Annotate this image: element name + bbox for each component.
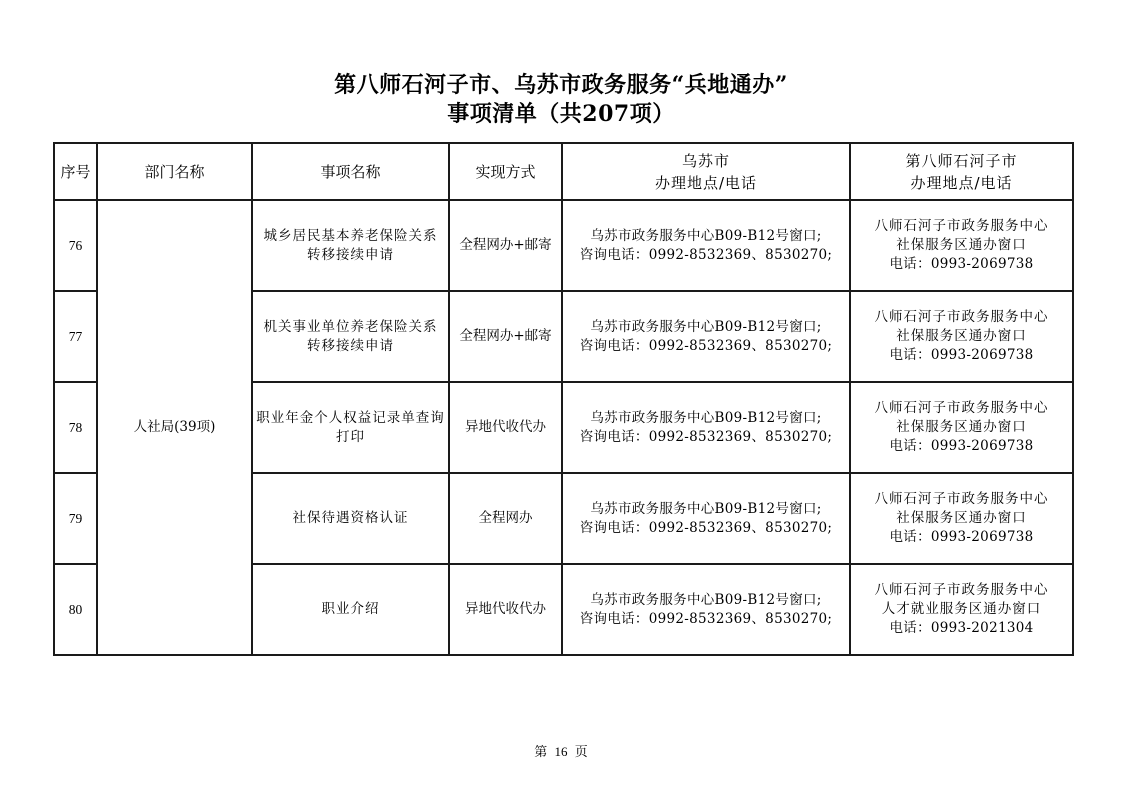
item-line: 社保待遇资格认证 [253,509,448,528]
header-method: 实现方式 [449,143,562,200]
shihezi-phone: 电话：0993-2069738 [851,346,1072,365]
page-number: 第 16 页 [0,741,1122,760]
row-item: 城乡居民基本养老保险关系 转移接续申请 [252,200,449,291]
row-item: 机关事业单位养老保险关系 转移接续申请 [252,291,449,382]
row-shihezi-location: 八师石河子市政务服务中心 社保服务区通办窗口 电话：0993-2069738 [850,291,1073,382]
row-seq: 76 [54,200,97,291]
row-shihezi-location: 八师石河子市政务服务中心 社保服务区通办窗口 电话：0993-2069738 [850,382,1073,473]
row-method: 全程网办+邮寄 [449,291,562,382]
shihezi-phone: 电话：0993-2069738 [851,437,1072,456]
department-cell: 人社局(39项) [97,200,252,655]
document-subtitle: 事项清单（共207项） [0,100,1122,128]
shihezi-center: 八师石河子市政务服务中心 [851,490,1072,509]
header-item: 事项名称 [252,143,449,200]
shihezi-phone: 电话：0993-2021304 [851,619,1072,638]
row-wusu-location: 乌苏市政务服务中心B09-B12号窗口; 咨询电话：0992-8532369、8… [562,291,850,382]
row-shihezi-location: 八师石河子市政务服务中心 社保服务区通办窗口 电话：0993-2069738 [850,473,1073,564]
row-method: 全程网办+邮寄 [449,200,562,291]
table-row: 76 人社局(39项) 城乡居民基本养老保险关系 转移接续申请 全程网办+邮寄 … [54,200,1073,291]
row-seq: 78 [54,382,97,473]
row-seq: 77 [54,291,97,382]
shihezi-window: 社保服务区通办窗口 [851,418,1072,437]
row-seq: 79 [54,473,97,564]
shihezi-center: 八师石河子市政务服务中心 [851,581,1072,600]
item-line: 转移接续申请 [253,246,448,265]
item-line: 职业年金个人权益记录单查询 [253,409,448,428]
row-seq: 80 [54,564,97,655]
shihezi-window: 社保服务区通办窗口 [851,327,1072,346]
header-wusu-location: 办理地点/电话 [563,172,849,194]
document-title: 第八师石河子市、乌苏市政务服务“兵地通办” [0,71,1122,99]
row-method: 异地代收代办 [449,564,562,655]
item-line: 打印 [253,428,448,447]
shihezi-center: 八师石河子市政务服务中心 [851,308,1072,327]
shihezi-window: 社保服务区通办窗口 [851,236,1072,255]
row-wusu-location: 乌苏市政务服务中心B09-B12号窗口; 咨询电话：0992-8532369、8… [562,564,850,655]
row-shihezi-location: 八师石河子市政务服务中心 社保服务区通办窗口 电话：0993-2069738 [850,200,1073,291]
wusu-phone: 咨询电话：0992-8532369、8530270; [563,519,849,538]
wusu-phone: 咨询电话：0992-8532369、8530270; [563,428,849,447]
item-line: 机关事业单位养老保险关系 [253,318,448,337]
header-shihezi-city: 第八师石河子市 [851,150,1072,172]
service-items-table: 序号 部门名称 事项名称 实现方式 乌苏市 办理地点/电话 第八师石河子市 办理… [53,142,1074,656]
shihezi-window: 人才就业服务区通办窗口 [851,600,1072,619]
wusu-phone: 咨询电话：0992-8532369、8530270; [563,610,849,629]
item-line: 城乡居民基本养老保险关系 [253,227,448,246]
wusu-address: 乌苏市政务服务中心B09-B12号窗口; [563,227,849,246]
wusu-address: 乌苏市政务服务中心B09-B12号窗口; [563,591,849,610]
row-method: 异地代收代办 [449,382,562,473]
row-item: 职业介绍 [252,564,449,655]
table-header-row: 序号 部门名称 事项名称 实现方式 乌苏市 办理地点/电话 第八师石河子市 办理… [54,143,1073,200]
wusu-address: 乌苏市政务服务中心B09-B12号窗口; [563,409,849,428]
wusu-address: 乌苏市政务服务中心B09-B12号窗口; [563,318,849,337]
header-dept: 部门名称 [97,143,252,200]
item-line: 转移接续申请 [253,337,448,356]
shihezi-center: 八师石河子市政务服务中心 [851,399,1072,418]
row-wusu-location: 乌苏市政务服务中心B09-B12号窗口; 咨询电话：0992-8532369、8… [562,382,850,473]
row-method: 全程网办 [449,473,562,564]
row-item: 社保待遇资格认证 [252,473,449,564]
shihezi-phone: 电话：0993-2069738 [851,528,1072,547]
shihezi-phone: 电话：0993-2069738 [851,255,1072,274]
row-wusu-location: 乌苏市政务服务中心B09-B12号窗口; 咨询电话：0992-8532369、8… [562,473,850,564]
wusu-address: 乌苏市政务服务中心B09-B12号窗口; [563,500,849,519]
header-wusu: 乌苏市 办理地点/电话 [562,143,850,200]
header-shihezi-location: 办理地点/电话 [851,172,1072,194]
shihezi-center: 八师石河子市政务服务中心 [851,217,1072,236]
header-seq: 序号 [54,143,97,200]
wusu-phone: 咨询电话：0992-8532369、8530270; [563,337,849,356]
item-line: 职业介绍 [253,600,448,619]
row-shihezi-location: 八师石河子市政务服务中心 人才就业服务区通办窗口 电话：0993-2021304 [850,564,1073,655]
shihezi-window: 社保服务区通办窗口 [851,509,1072,528]
row-item: 职业年金个人权益记录单查询 打印 [252,382,449,473]
header-wusu-city: 乌苏市 [563,150,849,172]
row-wusu-location: 乌苏市政务服务中心B09-B12号窗口; 咨询电话：0992-8532369、8… [562,200,850,291]
wusu-phone: 咨询电话：0992-8532369、8530270; [563,246,849,265]
header-shihezi: 第八师石河子市 办理地点/电话 [850,143,1073,200]
